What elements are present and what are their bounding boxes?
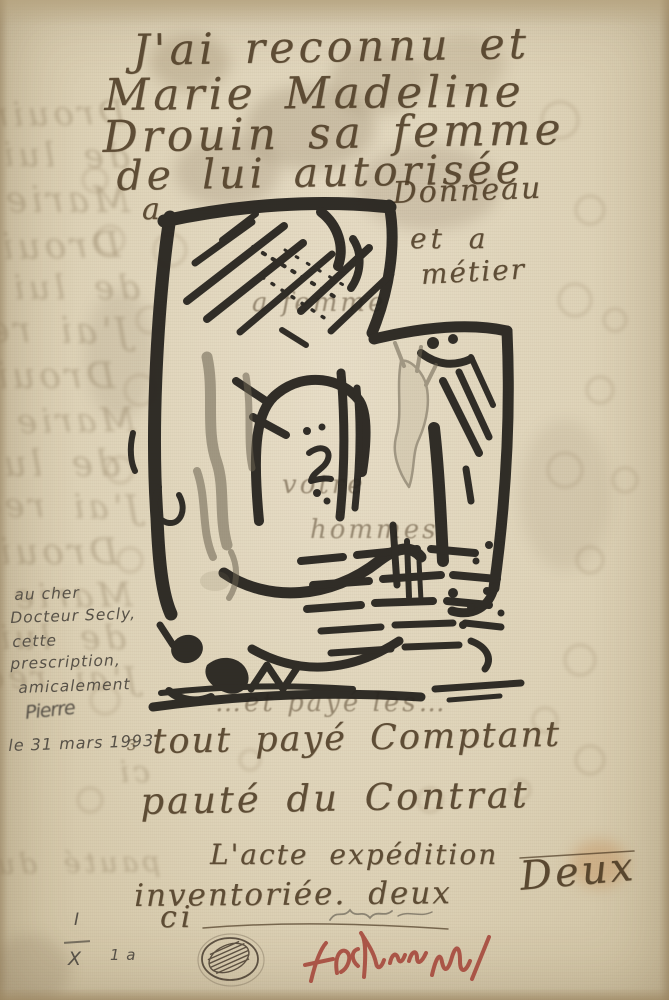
manuscript-fragment: votre	[282, 470, 366, 500]
edition-denominator: X	[68, 948, 82, 970]
dedication-line: prescription,	[10, 651, 121, 673]
manuscript-fragment: hommes	[310, 515, 438, 545]
bleedthrough-text: J'ai reconnu et	[0, 306, 130, 353]
edition-fraction-bar	[64, 940, 90, 944]
paper-stain	[520, 420, 610, 570]
artist-signature-red	[305, 933, 489, 981]
manuscript-line: Donneau	[392, 171, 543, 211]
manuscript-line: métier	[420, 252, 527, 290]
bleedthrough-text: Marie Madeline	[0, 180, 130, 221]
dedication-line: au cher	[14, 584, 80, 604]
manuscript-line: L'acte expédition	[210, 838, 498, 871]
manuscript-line: tout payé Comptant	[152, 715, 561, 762]
manuscript-line: pauté du Contrat	[140, 773, 530, 823]
manuscript-line: et a	[410, 222, 489, 255]
bleedthrough-text: Drouin sa femme	[0, 532, 118, 573]
bleedthrough-text: de lui autorisée	[0, 444, 120, 485]
edition-numerator: I	[74, 910, 80, 930]
dedication-line: cette	[12, 631, 57, 651]
bleedthrough-text: J'ai reconnu et	[0, 482, 140, 528]
bleedthrough-text: Drouin sa femme	[0, 356, 115, 397]
bleedthrough-text: Marie Madeline	[0, 400, 136, 446]
paper-stain	[0, 935, 70, 1000]
edition-annotation: 1 a	[110, 946, 137, 964]
manuscript-fragment: …et payé les…	[215, 688, 448, 718]
dedication-signature-scrawl: Pierre	[24, 697, 76, 724]
manuscript-flourish-word: Deux	[518, 844, 638, 900]
manuscript-fragment: a femme	[252, 288, 386, 318]
artwork-photo: Drouin sa femme de lui autorisée Marie M…	[0, 0, 669, 1000]
bleedthrough-text: de lui autorisée	[0, 268, 140, 308]
bleedthrough-text: Drouin sa femme	[0, 225, 121, 273]
hatched-oval-sketch	[198, 934, 264, 986]
photo-edge-bottom	[0, 988, 669, 1000]
manuscript-line: ci	[160, 900, 194, 935]
photo-edge-right	[659, 0, 669, 1000]
manuscript-line: a	[142, 192, 164, 227]
